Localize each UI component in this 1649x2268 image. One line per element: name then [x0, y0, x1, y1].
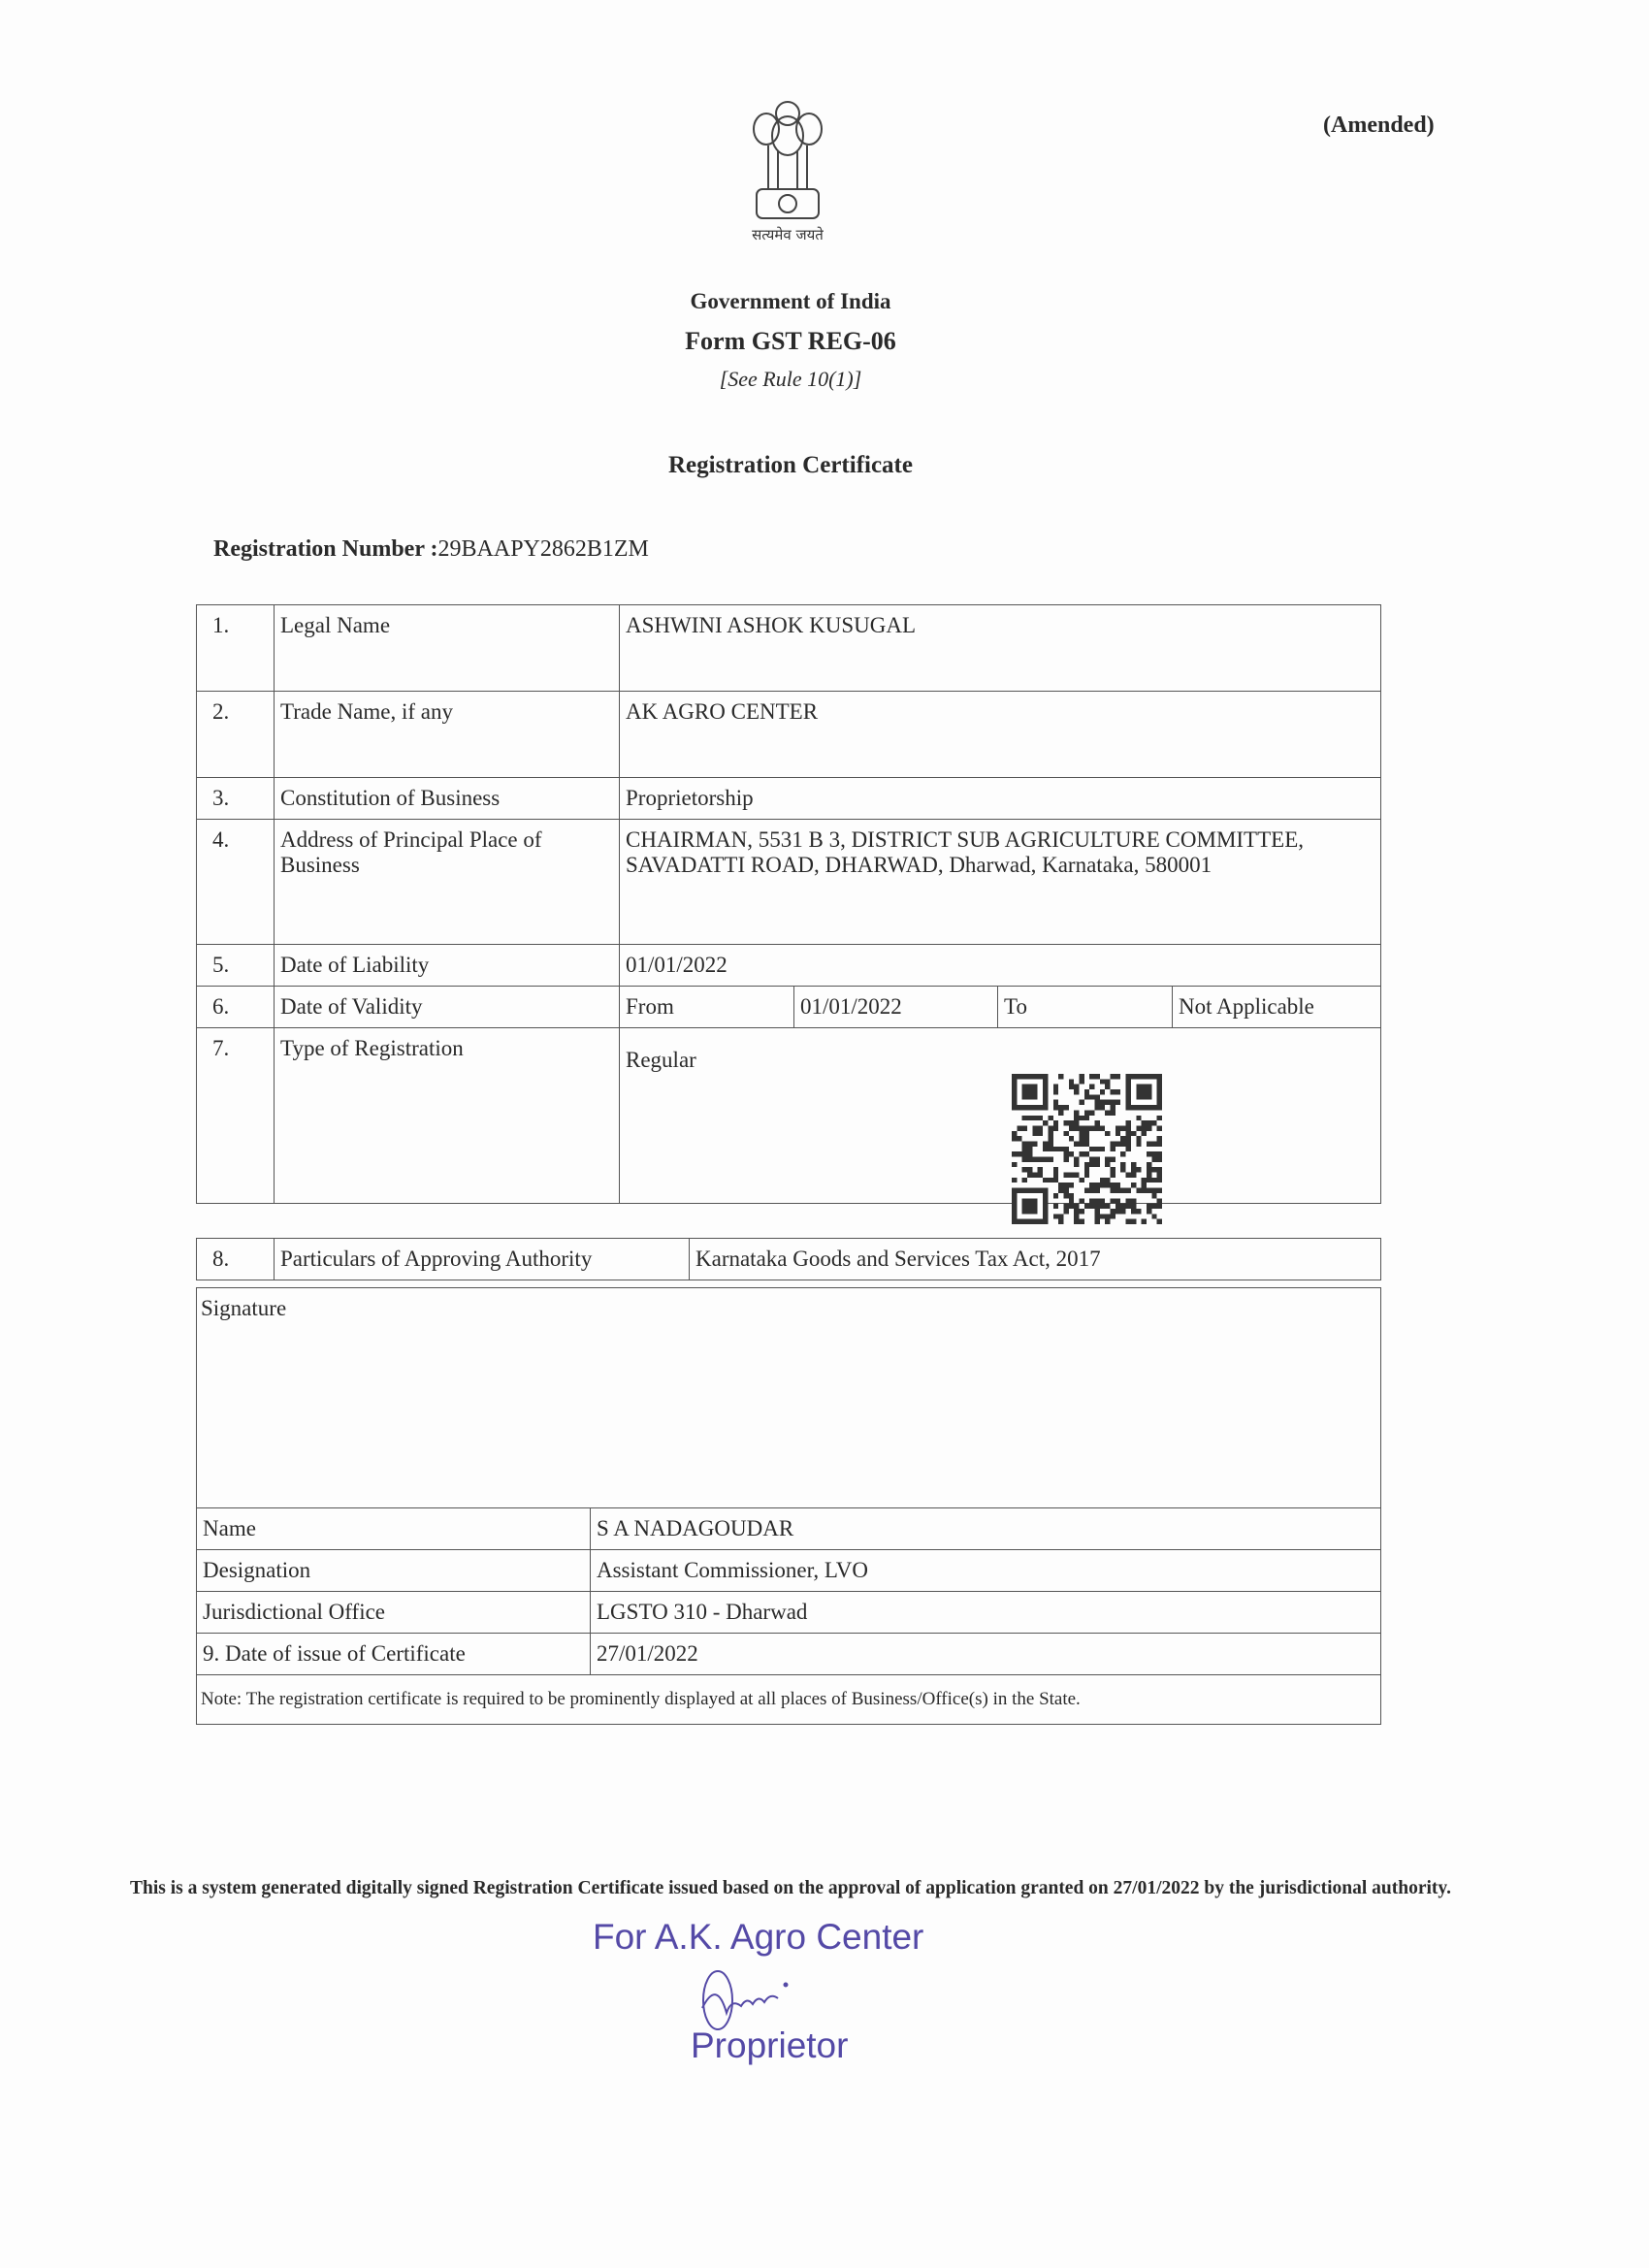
designation-value: Assistant Commissioner, LVO: [591, 1550, 1381, 1592]
trade-name-value: AK AGRO CENTER: [620, 692, 1381, 778]
row-label: 9. Date of issue of Certificate: [197, 1634, 591, 1675]
page-title: Registration Certificate: [0, 452, 1581, 479]
officer-name-value: S A NADAGOUDAR: [591, 1508, 1381, 1550]
rule-reference: [See Rule 10(1)]: [0, 367, 1581, 392]
approving-authority-value: Karnataka Goods and Services Tax Act, 20…: [690, 1239, 1381, 1280]
qr-code-icon: [1012, 1074, 1162, 1224]
jurisdictional-office-value: LGSTO 310 - Dharwad: [591, 1592, 1381, 1634]
row-label: Designation: [197, 1550, 591, 1592]
row-label: Type of Registration: [275, 1028, 620, 1204]
constitution-value: Proprietorship: [620, 778, 1381, 820]
approving-authority-table: 8. Particulars of Approving Authority Ka…: [196, 1238, 1381, 1280]
display-note: Note: The registration certificate is re…: [197, 1675, 1381, 1725]
address-value: CHAIRMAN, 5531 B 3, DISTRICT SUB AGRICUL…: [620, 820, 1381, 945]
table-row: Name S A NADAGOUDAR: [197, 1508, 1381, 1550]
table-row: Jurisdictional Office LGSTO 310 - Dharwa…: [197, 1592, 1381, 1634]
row-label: Jurisdictional Office: [197, 1592, 591, 1634]
row-label: Name: [197, 1508, 591, 1550]
details-table: 1. Legal Name ASHWINI ASHOK KUSUGAL 2. T…: [196, 604, 1381, 1204]
registration-number-value: 29BAAPY2862B1ZM: [438, 536, 649, 562]
table-row: 7. Type of Registration Regular: [197, 1028, 1381, 1204]
motto: सत्यमेव जयते: [729, 225, 846, 244]
issue-date-value: 27/01/2022: [591, 1634, 1381, 1675]
note-row: Note: The registration certificate is re…: [197, 1675, 1381, 1725]
validity-from-value: 01/01/2022: [794, 987, 998, 1028]
row-label: Constitution of Business: [275, 778, 620, 820]
table-row: 5. Date of Liability 01/01/2022: [197, 945, 1381, 987]
row-label: Particulars of Approving Authority: [275, 1239, 690, 1280]
company-stamp-title: For A.K. Agro Center: [593, 1917, 923, 1958]
row-label: Legal Name: [275, 605, 620, 692]
table-row: 2. Trade Name, if any AK AGRO CENTER: [197, 692, 1381, 778]
table-row: 4. Address of Principal Place of Busines…: [197, 820, 1381, 945]
system-generated-statement: This is a system generated digitally sig…: [130, 1872, 1469, 1905]
table-row: 6. Date of Validity From 01/01/2022 To N…: [197, 987, 1381, 1028]
registration-number-label: Registration Number :: [213, 536, 438, 562]
registration-type-value: Regular: [620, 1028, 1381, 1204]
table-row: Designation Assistant Commissioner, LVO: [197, 1550, 1381, 1592]
table-row: 3. Constitution of Business Proprietorsh…: [197, 778, 1381, 820]
signature-label: Signature: [197, 1288, 1381, 1508]
validity-to-value: Not Applicable: [1173, 987, 1381, 1028]
form-title: Form GST REG-06: [0, 327, 1581, 356]
table-row: 9. Date of issue of Certificate 27/01/20…: [197, 1634, 1381, 1675]
legal-name-value: ASHWINI ASHOK KUSUGAL: [620, 605, 1381, 692]
validity-from-label: From: [620, 987, 794, 1028]
registration-number: Registration Number :29BAAPY2862B1ZM: [213, 536, 649, 563]
validity-to-label: To: [998, 987, 1173, 1028]
row-label: Date of Liability: [275, 945, 620, 987]
row-label: Address of Principal Place of Business: [275, 820, 620, 945]
stamp-designation: Proprietor: [691, 2025, 848, 2066]
national-emblem-icon: [739, 92, 836, 228]
table-row: 8. Particulars of Approving Authority Ka…: [197, 1239, 1381, 1280]
row-label: Date of Validity: [275, 987, 620, 1028]
government-title: Government of India: [0, 289, 1581, 314]
row-label: Trade Name, if any: [275, 692, 620, 778]
table-row: 1. Legal Name ASHWINI ASHOK KUSUGAL: [197, 605, 1381, 692]
amended-label: (Amended): [1323, 113, 1435, 139]
signature-table: Signature Name S A NADAGOUDAR Designatio…: [196, 1287, 1381, 1725]
liability-date-value: 01/01/2022: [620, 945, 1381, 987]
signature-row: Signature: [197, 1288, 1381, 1508]
